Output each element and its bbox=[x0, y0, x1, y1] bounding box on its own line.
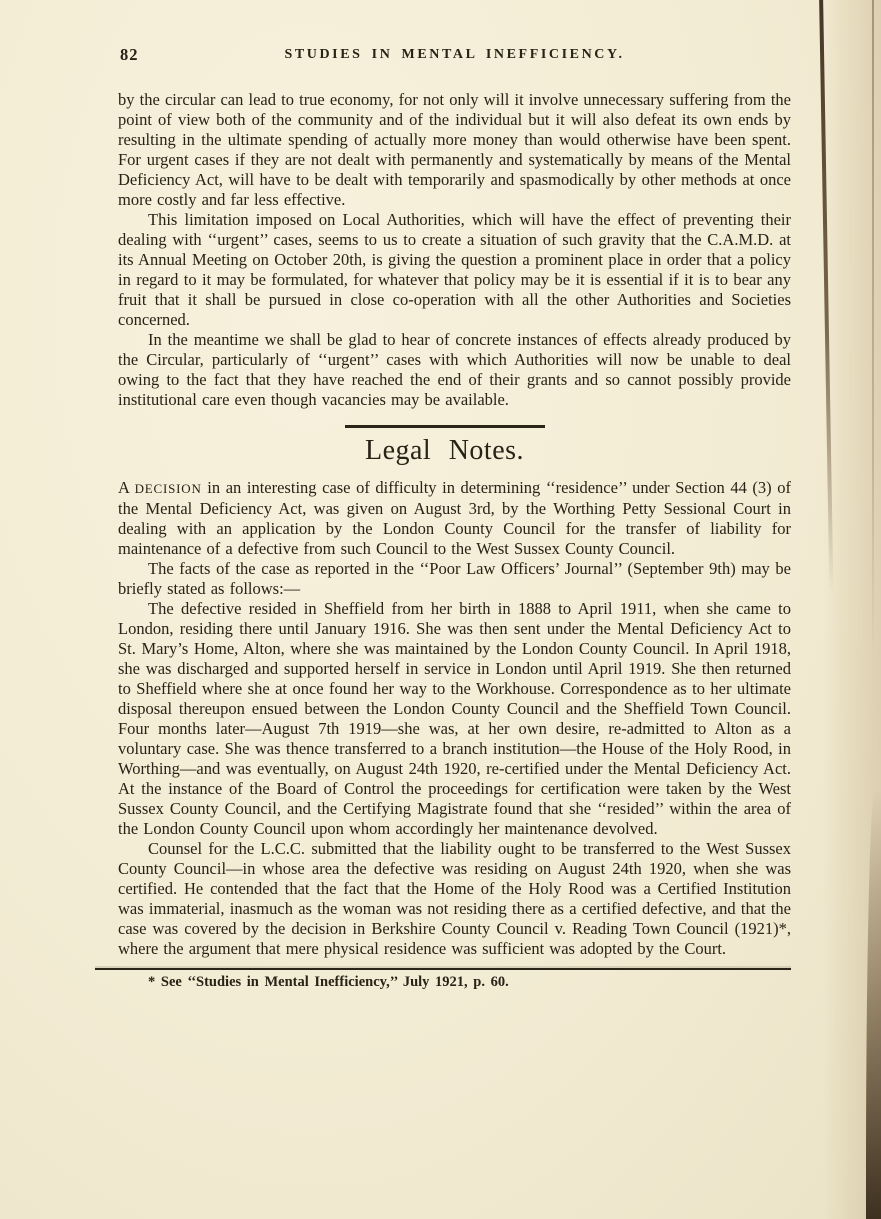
running-title: STUDIES IN MENTAL INEFFICIENCY. bbox=[118, 45, 791, 63]
running-head: 82 STUDIES IN MENTAL INEFFICIENCY. bbox=[118, 45, 791, 65]
legal-paragraph-3: The defective resided in Sheffield from … bbox=[118, 599, 791, 839]
scan-page-edge-thin-line bbox=[872, 0, 874, 660]
legal-paragraph-1: A decision in an interesting case of dif… bbox=[118, 478, 791, 559]
legal-notes-heading: Legal Notes. bbox=[108, 435, 781, 467]
legal-lead-smallcaps: decision bbox=[135, 481, 202, 496]
legal-paragraph-4: Counsel for the L.C.C. submitted that th… bbox=[118, 839, 791, 959]
footnote-rule bbox=[95, 968, 791, 970]
section-divider-rule bbox=[345, 425, 545, 428]
scan-bottom-right-shadow bbox=[866, 789, 881, 1219]
legal-lead-rest: in an interesting case of difficulty in … bbox=[118, 478, 791, 558]
legal-lead-initial: A bbox=[118, 478, 135, 497]
editorial-paragraph-2: This limitation imposed on Local Authori… bbox=[118, 210, 791, 330]
footnote-area: * See ‘‘Studies in Mental Inefficiency,’… bbox=[118, 968, 791, 991]
editorial-paragraph-3: In the meantime we shall be glad to hear… bbox=[118, 330, 791, 410]
scan-page-edge-line bbox=[819, 0, 833, 592]
editorial-paragraph-1: by the circular can lead to true economy… bbox=[118, 90, 791, 210]
editorial-section: by the circular can lead to true economy… bbox=[118, 90, 791, 410]
page-number: 82 bbox=[120, 45, 139, 65]
footnote-text: * See ‘‘Studies in Mental Inefficiency,’… bbox=[118, 974, 791, 991]
legal-paragraph-2: The facts of the case as reported in the… bbox=[118, 559, 791, 599]
legal-notes-section: A decision in an interesting case of dif… bbox=[118, 478, 791, 959]
page-content: 82 STUDIES IN MENTAL INEFFICIENCY. by th… bbox=[118, 45, 791, 991]
book-page: 82 STUDIES IN MENTAL INEFFICIENCY. by th… bbox=[0, 0, 881, 1219]
